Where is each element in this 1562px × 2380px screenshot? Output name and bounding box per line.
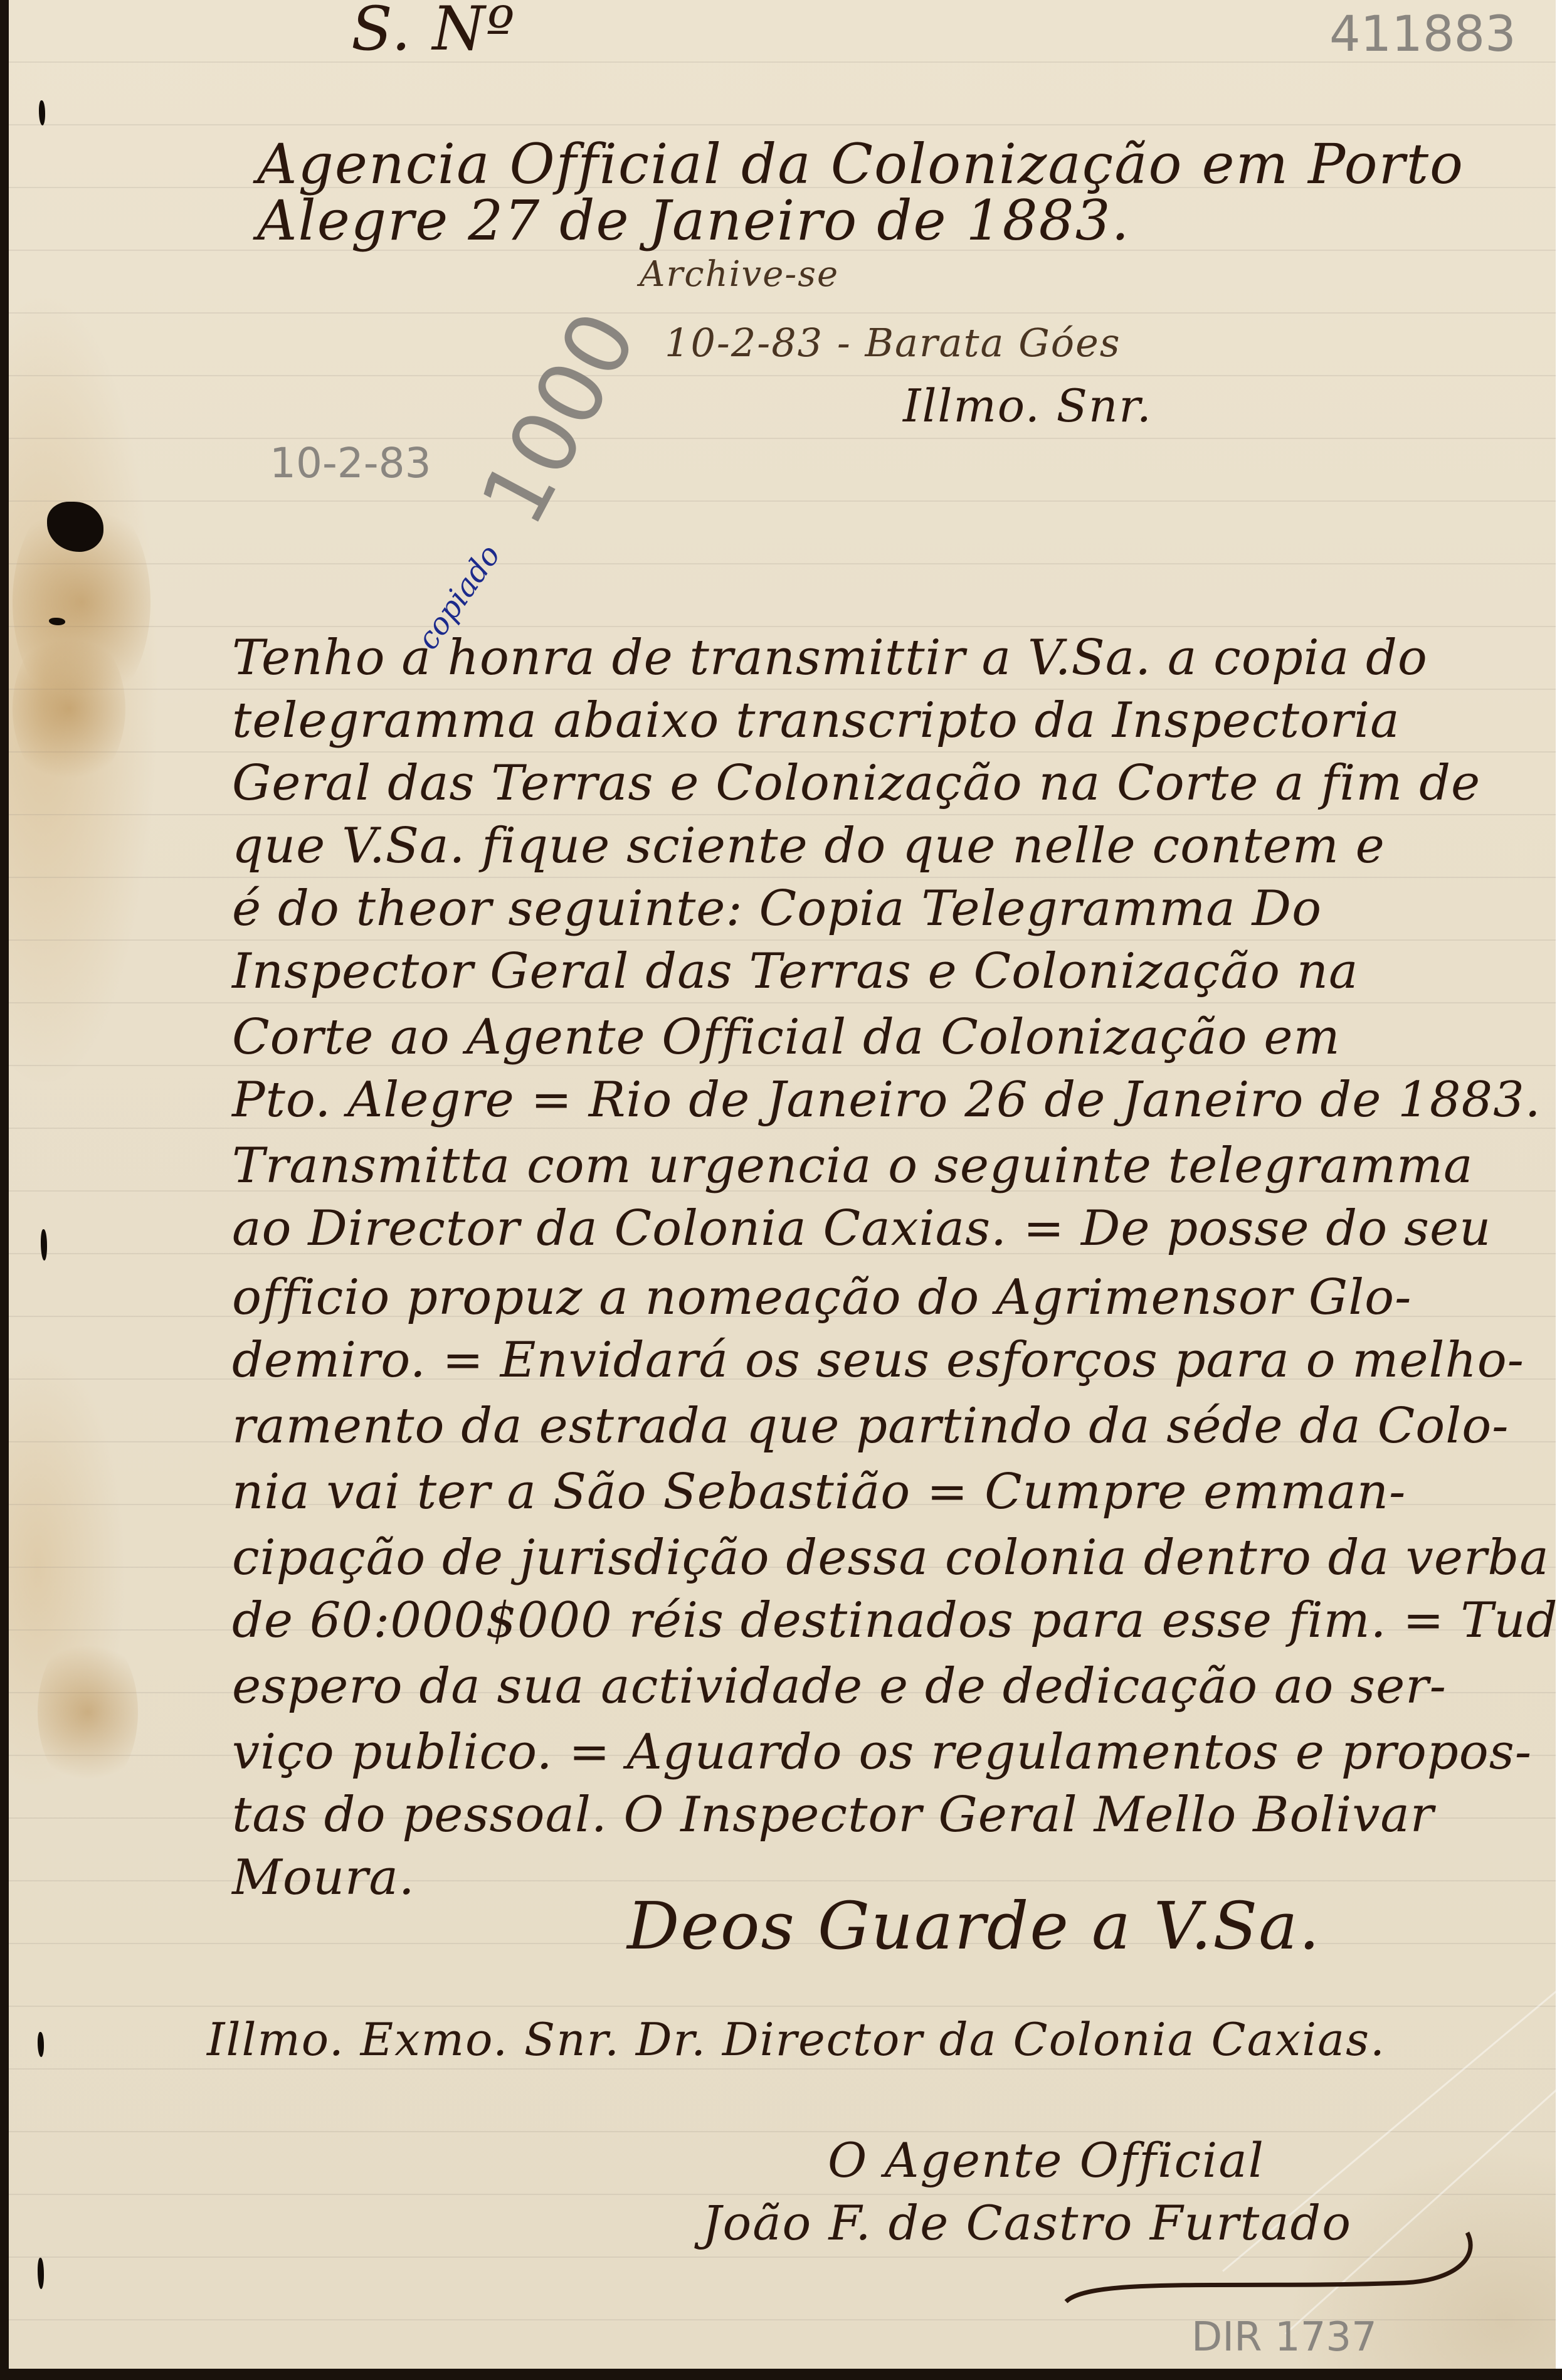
body-line: ao Director da Colonia Caxias. = De poss…: [232, 1204, 1491, 1253]
pencil-date: 10-2-83: [270, 439, 431, 487]
body-line: Pto. Alegre = Rio de Janeiro 26 de Janei…: [232, 1076, 1541, 1124]
body-line: telegramma abaixo transcripto da Inspect…: [232, 696, 1400, 745]
body-line: ramento da estrada que partindo da séde …: [232, 1402, 1509, 1451]
body-line: Transmitta com urgencia o seguinte teleg…: [232, 1141, 1474, 1190]
water-stain: [38, 1631, 138, 1794]
body-line: Corte ao Agente Official da Colonização …: [232, 1013, 1341, 1062]
body-line: espero da sua actividade e de dedicação …: [232, 1662, 1447, 1711]
scanned-letter-page: S. Nº 411883 Agencia Official da Coloniz…: [0, 0, 1562, 2380]
signature-title: O Agente Official: [828, 2132, 1265, 2188]
body-line: tas do pessoal. O Inspector Geral Mello …: [232, 1790, 1434, 1839]
body-line: nia vai ter a São Sebastião = Cumpre emm…: [232, 1468, 1406, 1516]
heading-line-1: Agencia Official da Colonização em Porto: [257, 132, 1464, 196]
water-stain: [13, 627, 125, 790]
body-line: Inspector Geral das Terras e Colonização…: [232, 947, 1358, 996]
body-line: é do theor seguinte: Copia Telegramma Do: [232, 884, 1322, 933]
body-line: que V.Sa. fique sciente do que nelle con…: [232, 822, 1385, 870]
archive-number-top-right: 411883: [1329, 6, 1516, 63]
scan-edge-left: [0, 0, 9, 2380]
body-line: viço publico. = Aguardo os regulamentos …: [232, 1728, 1532, 1777]
signature-flourish: [1053, 2220, 1492, 2320]
body-line: Moura.: [232, 1853, 415, 1902]
body-line: demiro. = Envidará os seus esforços para…: [232, 1336, 1524, 1385]
body-line: cipação de jurisdição dessa colonia dent…: [232, 1533, 1549, 1582]
heading-line-2: Alegre 27 de Janeiro de 1883.: [257, 188, 1131, 253]
paper-hole: [41, 1229, 47, 1261]
body-line: Geral das Terras e Colonização na Corte …: [232, 759, 1480, 808]
paper-hole: [38, 2032, 44, 2057]
salutation: Illmo. Snr.: [903, 379, 1153, 432]
closing-formula: Deos Guarde a V.Sa.: [627, 1888, 1321, 1964]
date-signed-annotation: 10-2-83 - Barata Góes: [665, 320, 1121, 366]
scan-edge-right: [1556, 0, 1562, 2380]
header-mark: S. Nº: [351, 0, 516, 64]
body-line: officio propuz a nomeação do Agrimensor …: [232, 1273, 1412, 1322]
archive-mark-bottom: DIR 1737: [1191, 2314, 1377, 2361]
paper-hole: [38, 2258, 44, 2289]
paper-hole: [49, 618, 65, 625]
archive-annotation: Archive-se: [640, 254, 839, 295]
body-line: Tenho a honra de transmittir a V.Sa. a c…: [232, 633, 1428, 682]
body-line: de 60:000$000 réis destinados para esse …: [232, 1596, 1562, 1645]
paper-hole: [39, 100, 45, 125]
scan-edge-bottom: [0, 2369, 1562, 2380]
addressee-line: Illmo. Exmo. Snr. Dr. Director da Coloni…: [207, 2013, 1386, 2066]
